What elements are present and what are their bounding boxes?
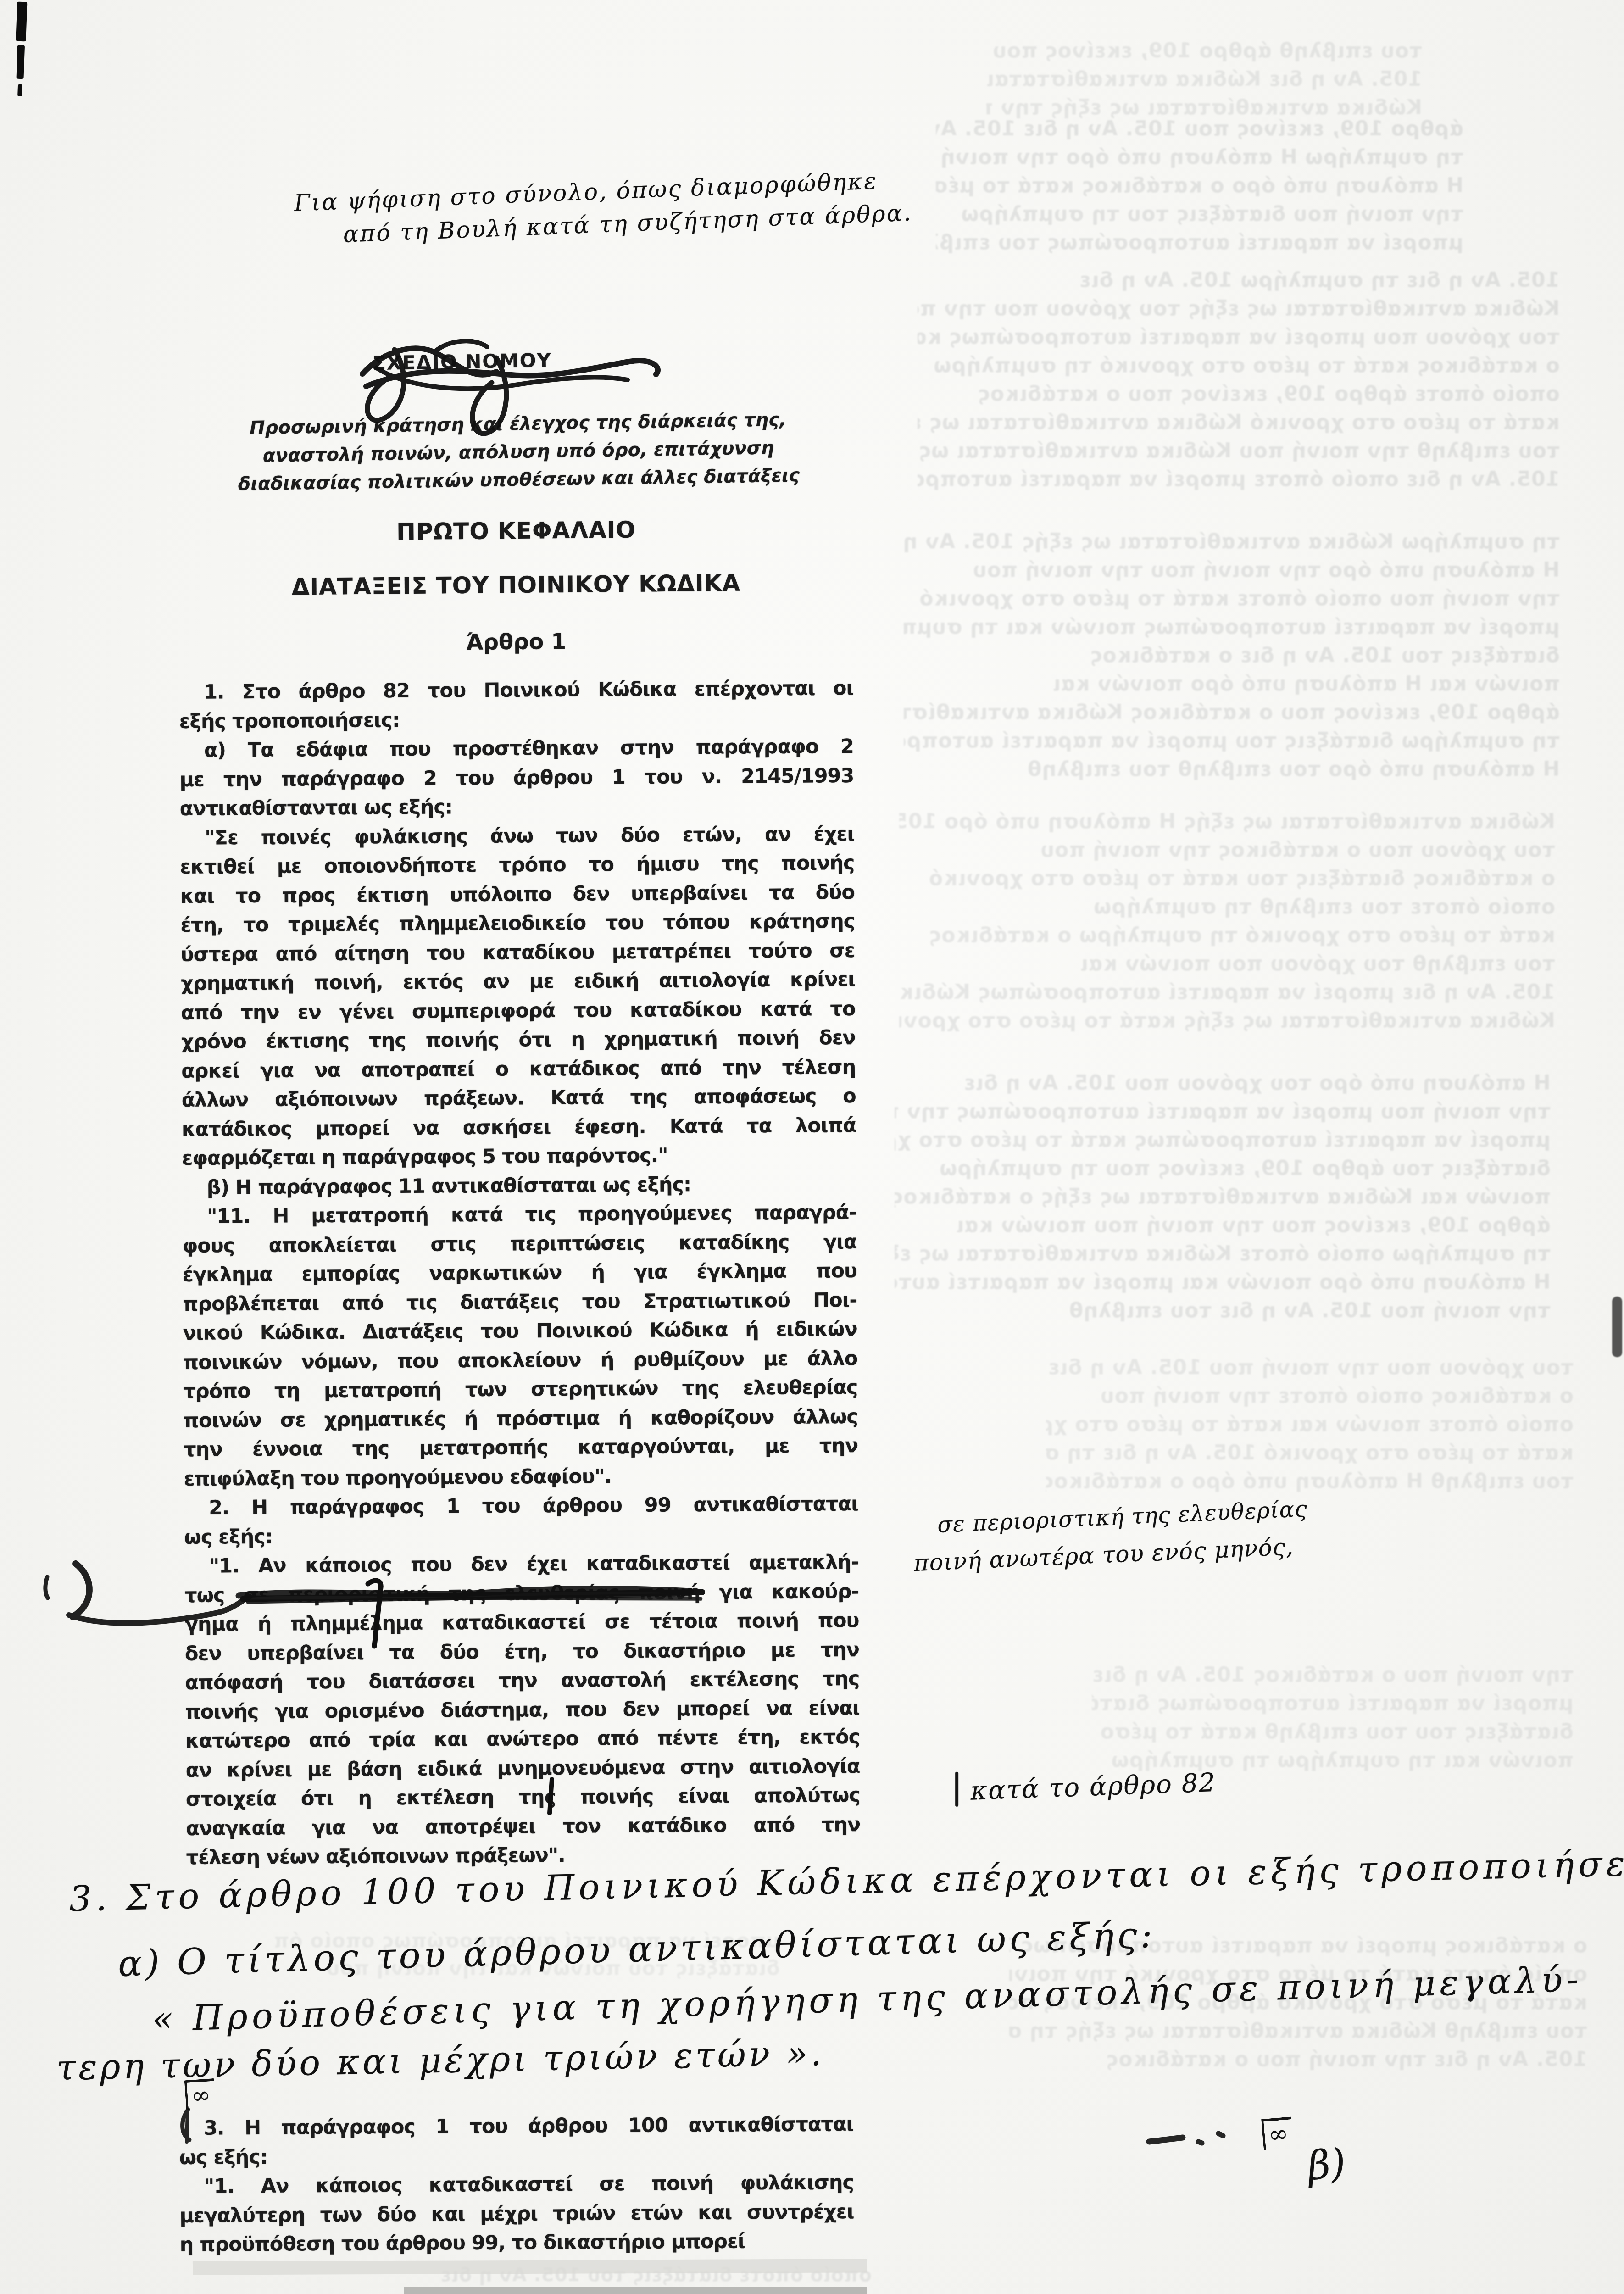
ghost-text-line: την ποινή που μπορεί να παραιτεί αυτοπρο… [895, 1097, 1551, 1126]
text-line: στοιχεία ότι η εκτέλεση της ποινής είναι… [186, 1781, 860, 1814]
text-line: "1. Αν κάποιος καταδικαστεί σε ποινή φυλ… [179, 2168, 854, 2201]
article-ref-text: κατά το άρθρο 82 [970, 1768, 1217, 1806]
ghost-text-line: Η απόλυση υπό όρο του επιβληθ του επιβλη… [904, 755, 1560, 784]
ghost-text-block: 105. Αν η διε τη συμπλήρω 105. Αν η διεΚ… [918, 266, 1560, 494]
ghost-text-line: οποίο όποτε άρθρο 109, εκείνος που ο κατ… [918, 380, 1560, 408]
ghost-text-line: ο κατάδικος οποίο όποτε την ποινή που [1046, 1382, 1574, 1410]
ghost-text-line: Η απόλυση υπό όρο την ποινή που την ποιν… [904, 556, 1560, 585]
ghost-text-block: Κώδικα αντικαθίσταται ως εξής Η απόλυση … [899, 807, 1555, 1035]
text-line: "Σε ποινές φυλάκισης άνω των δύο ετών, α… [180, 820, 854, 853]
ghost-text-line: τη συμπλήρω οποίο όποτε Κώδικα αντικαθίσ… [895, 1240, 1551, 1268]
scanned-document-page: του επιβληθ άρθρο 109, εκείνος που 105. … [0, 0, 1624, 2294]
handwritten-article-reference: κατά το άρθρο 82 [955, 1763, 1217, 1807]
ghost-text-line: Κώδικα αντικαθίσταται ως εξής Η απόλυση … [899, 807, 1555, 836]
ghost-text-line: κατά το μέσο στο χρονικό 105. Αν η διε τ… [1046, 1439, 1574, 1467]
infinity-reference-mark-left: ∞ [184, 2081, 216, 2110]
text-line: εξής τροποποιήσεις: [179, 703, 853, 736]
ghost-text-line: 105. Αν η διε Κώδικα αντικαθίσταται ως ε… [986, 65, 1422, 94]
text-line: β) Η παράγραφος 11 αντικαθίσταται ως εξή… [182, 1169, 856, 1203]
text-line: α) Τα εδάφια που προστέθηκαν στην παράγρ… [179, 732, 854, 765]
infinity-reference-mark-right: ∞ [1262, 2119, 1294, 2149]
ghost-text-line: 105. Αν η διε τη συμπλήρω 105. Αν η διε [918, 266, 1560, 295]
article-heading: Άρθρο 1 [179, 627, 853, 658]
ghost-text-line: Η απόλυση υπό όρο ποινών και μπορεί να π… [895, 1268, 1551, 1297]
text-line: έγκλημα εμπορίας ναρκωτικών ή για έγκλημ… [183, 1257, 857, 1290]
text-line: με την παράγραφο 2 του άρθρου 1 του ν. 2… [179, 762, 854, 795]
ghost-text-line: τη συμπλήρω διατάξεις του μπορεί να παρα… [904, 727, 1560, 755]
ghost-text-line: του χρόνου που ο κατάδικος την ποινή που [899, 836, 1555, 864]
text-line: προβλέπεται από τις διατάξεις του Στρατι… [183, 1286, 857, 1319]
scan-edge-blob-artifact [1612, 1297, 1622, 1357]
ghost-text-line: 105. Αν η διε μπορεί να παραιτεί αυτοπρο… [899, 978, 1555, 1007]
ghost-text-line: ποινών και Η απόλυση υπό όρο ποινών και [904, 670, 1560, 698]
ghost-text-line: μπορεί να παραιτεί αυτοπροσώπως του επιβ… [936, 228, 1463, 257]
text-line: απόφασή του διατάσσει την αναστολή εκτέλ… [185, 1665, 859, 1698]
main-body-text: 1. Στο άρθρο 82 του Ποινικού Κώδικα επέρ… [179, 674, 861, 1872]
text-line: ποινικών νόμων, που αποκλείουν ή ρυθμίζο… [183, 1344, 857, 1377]
text-line: 3. Η παράγραφος 1 του άρθρου 100 αντικαθ… [179, 2110, 853, 2143]
struckthrough-text: σε περιοριστική της ελευθερίας ποινή [244, 1581, 701, 1607]
ghost-text-line: 105. Αν η διε την ποινή που ο κατάδικος [1009, 2045, 1587, 2074]
text-line: 2. Η παράγραφος 1 του άρθρου 99 αντικαθί… [184, 1490, 858, 1523]
ghost-text-line: μπορεί να παραιτεί αυτοπροσώπως διατάξει… [1092, 1689, 1574, 1718]
text-line: κατάδικος μπορεί να ασκήσει έφεση. Κατά … [182, 1111, 856, 1144]
text-line: αρκεί για να αποτραπεί ο κατάδικος από τ… [181, 1053, 856, 1086]
chapter-heading: ΠΡΩΤΟ ΚΕΦΑΛΑΙΟ [179, 515, 853, 547]
text-line: εφαρμόζεται η παράγραφος 5 του παρόντος.… [182, 1140, 856, 1173]
ghost-text-line: άρθρο 109, εκείνος που την ποινή που ποι… [895, 1211, 1551, 1240]
text-line: από την εν γένει συμπεριφορά του καταδίκ… [181, 995, 855, 1028]
ghost-text-line: του χρόνου που την ποινή που 105. Αν η δ… [1046, 1353, 1574, 1382]
text-line: φους αποκλείεται στις περιπτώσεις καταδί… [182, 1227, 856, 1260]
stray-dash-marks [1149, 2133, 1223, 2143]
ghost-text-line: 105. Αν η διε οποίο όποτε μπορεί να παρα… [918, 465, 1560, 494]
ghost-text-line: ποινών και Κώδικα αντικαθίσταται ως εξής… [895, 1183, 1551, 1211]
ghost-text-line: Κώδικα αντικαθίσταται ως εξής του χρόνου… [918, 295, 1560, 323]
paragraph: α) Τα εδάφια που προστέθηκαν στην παράγρ… [179, 732, 854, 824]
bottom-body-text: 3. Η παράγραφος 1 του άρθρου 100 αντικαθ… [179, 2110, 854, 2260]
ghost-text-line: την ποινή που 105. Αν η διε του επιβληθ [895, 1297, 1551, 1325]
ghost-text-line: διατάξεις του του επιβληθ κατά το μέσο σ… [1092, 1718, 1574, 1746]
ghost-text-line: τη συμπλήρω Η απόλυση υπό όρο την ποινή … [936, 143, 1463, 172]
text-line: έτη, το τριμελές πλημμελειοδικείο του τό… [180, 907, 855, 940]
ghost-text-line: διατάξεις του άρθρο 109, εκείνος που τη … [895, 1154, 1551, 1183]
scan-line-artifact [404, 2287, 867, 2294]
handwritten-amendment-line4: τερη των δύο και μέχρι τριών ετών ». [56, 2032, 825, 2088]
text-line: 1. Στο άρθρο 82 του Ποινικού Κώδικα επέρ… [179, 674, 853, 707]
text-line: την έννοια της μετατροπής καταργούνται, … [184, 1431, 858, 1464]
scan-corner-artifact [14, 2, 27, 97]
ghost-text-line: την ποινή που διατάξεις του τη συμπλήρω [936, 200, 1463, 228]
ghost-text-line: ο κατάδικος διατάξεις του κατά το μέσο σ… [899, 864, 1555, 893]
ghost-text-line: την ποινή που οποίο όποτε κατά το μέσο σ… [904, 585, 1560, 613]
ghost-text-line: Η απόλυση υπό όρο ο κατάδικος κατά το μέ… [936, 172, 1463, 200]
ghost-text-line: οποίο όποτε του επιβληθ τη συμπλήρω [899, 893, 1555, 921]
handwritten-top-note: Για ψήφιση στο σύνολο, όπως διαμορφώθηκε… [294, 166, 912, 250]
paragraph: "1. Αν κάποιος που δεν έχει καταδικαστεί… [184, 1548, 861, 1872]
text-line: μεγαλύτερη των δύο και μέχρι τριών ετών … [179, 2198, 854, 2231]
paragraph: "Σε ποινές φυλάκισης άνω των δύο ετών, α… [180, 820, 856, 1174]
ghost-text-line: οποίο όποτε ποινών και κατά το μέσο στο … [1046, 1410, 1574, 1439]
ghost-text-block: άρθρο 109, εκείνος που 105. Αν η διε 105… [936, 115, 1463, 257]
section-heading: ΔΙΑΤΑΞΕΙΣ ΤΟΥ ΠΟΙΝΙΚΟΥ ΚΩΔΙΚΑ [179, 569, 853, 601]
ghost-text-line: άρθρο 109, εκείνος που 105. Αν η διε 105… [936, 115, 1463, 143]
ghost-text-block: του χρόνου που την ποινή που 105. Αν η δ… [1046, 1353, 1574, 1496]
ghost-text-line: κατά το μέσο στο χρονικό τη συμπλήρω ο κ… [899, 921, 1555, 950]
scan-band-artifact [193, 2259, 867, 2275]
document-subtitle: Προσωρινή κράτηση και έλεγχος της διάρκε… [178, 405, 859, 499]
text-line: γημα ή πλημμέλημα καταδικαστεί σε τέτοια… [184, 1606, 859, 1639]
text-line: "11. Η μετατροπή κατά τις προηγούμενες π… [182, 1198, 856, 1231]
text-line: κατώτερο από τρία και ανώτερο από πέντε … [185, 1723, 860, 1756]
paragraph: 1. Στο άρθρο 82 του Ποινικού Κώδικα επέρ… [179, 674, 854, 736]
margin-note-line2: ποινή ανωτέρα του ενός μηνός, [913, 1533, 1310, 1577]
text-line: η προϋπόθεση του άρθρου 99, το δικαστήρι… [180, 2227, 854, 2260]
text-line: αν κρίνει με βάση ειδικά μνημονευόμενα σ… [185, 1752, 860, 1785]
ghost-text-line: μπορεί να παραιτεί αυτοπροσώπως κατά το … [895, 1126, 1551, 1154]
beta-reference-mark: β) [1305, 2140, 1348, 2189]
ghost-text-line: Η απόλυση υπό όρο του χρόνου που 105. Αν… [895, 1069, 1551, 1097]
text-line: χρόνο έκτισης της ποινής ότι η χρηματική… [181, 1024, 856, 1057]
ghost-text-block: την ποινή που ο κατάδικος 105. Αν η διεμ… [1092, 1661, 1574, 1775]
text-line: επιφύλαξη του προηγούμενου εδαφίου". [184, 1460, 858, 1493]
text-line: "1. Αν κάποιος που δεν έχει καταδικαστεί… [184, 1548, 859, 1581]
ghost-text-line: του επιβληθ άρθρο 109, εκείνος που 105. … [986, 37, 1422, 65]
text-line: αντικαθίστανται ως εξής: [180, 791, 854, 824]
paragraph: β) Η παράγραφος 11 αντικαθίσταται ως εξή… [182, 1169, 856, 1203]
ghost-text-line: του επιβληθ Η απόλυση υπό όρο ο κατάδικο… [1046, 1467, 1574, 1496]
paragraph: "11. Η μετατροπή κατά τις προηγούμενες π… [182, 1198, 858, 1494]
text-line: χρηματική ποινή, εκτός αν με ειδική αιτι… [181, 965, 855, 998]
ghost-text-line: του επιβληθ Κώδικα αντικαθίσταται ως εξή… [1009, 2017, 1587, 2045]
text-line: αναγκαία για να αποτρέψει τον κατάδικο α… [186, 1810, 860, 1843]
paragraph: 3. Η παράγραφος 1 του άρθρου 100 αντικαθ… [179, 2110, 854, 2172]
paragraph: 2. Η παράγραφος 1 του άρθρου 99 αντικαθί… [184, 1490, 859, 1552]
text-line: εκτιθεί με οποιονδήποτε τρόπο το ήμισυ τ… [180, 849, 854, 882]
ghost-text-block: τη συμπλήρω Κώδικα αντικαθίσταται ως εξή… [904, 528, 1560, 784]
text-line: ποινής για ορισμένο διάστημα, που δεν μπ… [185, 1693, 860, 1726]
ghost-text-line: του χρόνου που μπορεί να παραιτεί αυτοπρ… [918, 323, 1560, 351]
text-line: ποινών σε χρηματικές ή πρόστιμα ή καθορί… [184, 1402, 858, 1435]
text-line: τρόπο τη μετατροπή των στερητικών της ελ… [183, 1373, 857, 1406]
ghost-text-line: του επιβληθ την ποινή που Κώδικα αντικαθ… [918, 437, 1560, 465]
ghost-text-line: μπορεί να παραιτεί αυτοπροσώπως ποινών κ… [904, 613, 1560, 641]
text-line: ως εξής: [179, 2139, 853, 2172]
text-line: ως εξής: [184, 1519, 858, 1552]
ghost-text-block: του επιβληθ άρθρο 109, εκείνος που 105. … [986, 37, 1422, 122]
paragraph: "1. Αν κάποιος καταδικαστεί σε ποινή φυλ… [179, 2168, 854, 2260]
text-line: άλλων αξιόποινων πράξεων. Κατά της αποφά… [181, 1082, 856, 1115]
ghost-text-line: του επιβληθ του χρόνου που ποινών και [899, 950, 1555, 978]
text-line: ύστερα από αίτηση του καταδίκου μετατρέπ… [180, 936, 855, 969]
text-line: τως σε περιοριστική της ελευθερίας ποινή… [184, 1577, 859, 1610]
draft-law-title: ΣΧΕΔΙΟ ΝΟΜΟΥ [373, 349, 552, 375]
ghost-text-block: Η απόλυση υπό όρο του χρόνου που 105. Αν… [895, 1069, 1551, 1325]
insertion-bar-mark [955, 1772, 958, 1807]
ghost-text-line: άρθρο 109, εκείνος που ο κατάδικος Κώδικ… [904, 698, 1560, 727]
ghost-text-line: τη συμπλήρω Κώδικα αντικαθίσταται ως εξή… [904, 528, 1560, 556]
ghost-text-line: κατά το μέσο στο χρονικό Κώδικα αντικαθί… [918, 408, 1560, 437]
ghost-text-line: διατάξεις του 105. Αν η διε ο κατάδικος [904, 641, 1560, 670]
text-line: και το προς έκτιση υπόλοιπο δεν υπερβαίν… [180, 878, 855, 911]
ghost-text-line: την ποινή που ο κατάδικος 105. Αν η διε [1092, 1661, 1574, 1689]
ghost-text-line: ο κατάδικος κατά το μέσο στο χρονικό τη … [918, 351, 1560, 380]
ghost-text-line: Κώδικα αντικαθίσταται ως εξής κατά το μέ… [899, 1007, 1555, 1035]
text-line: νικού Κώδικα. Διατάξεις του Ποινικού Κώδ… [183, 1315, 857, 1348]
handwritten-margin-correction: σε περιοριστική της ελευθερίας ποινή ανω… [937, 1496, 1310, 1576]
text-line: δεν υπερβαίνει τα δύο έτη, το δικαστήριο… [185, 1635, 859, 1668]
margin-note-line1: σε περιοριστική της ελευθερίας [937, 1496, 1308, 1538]
